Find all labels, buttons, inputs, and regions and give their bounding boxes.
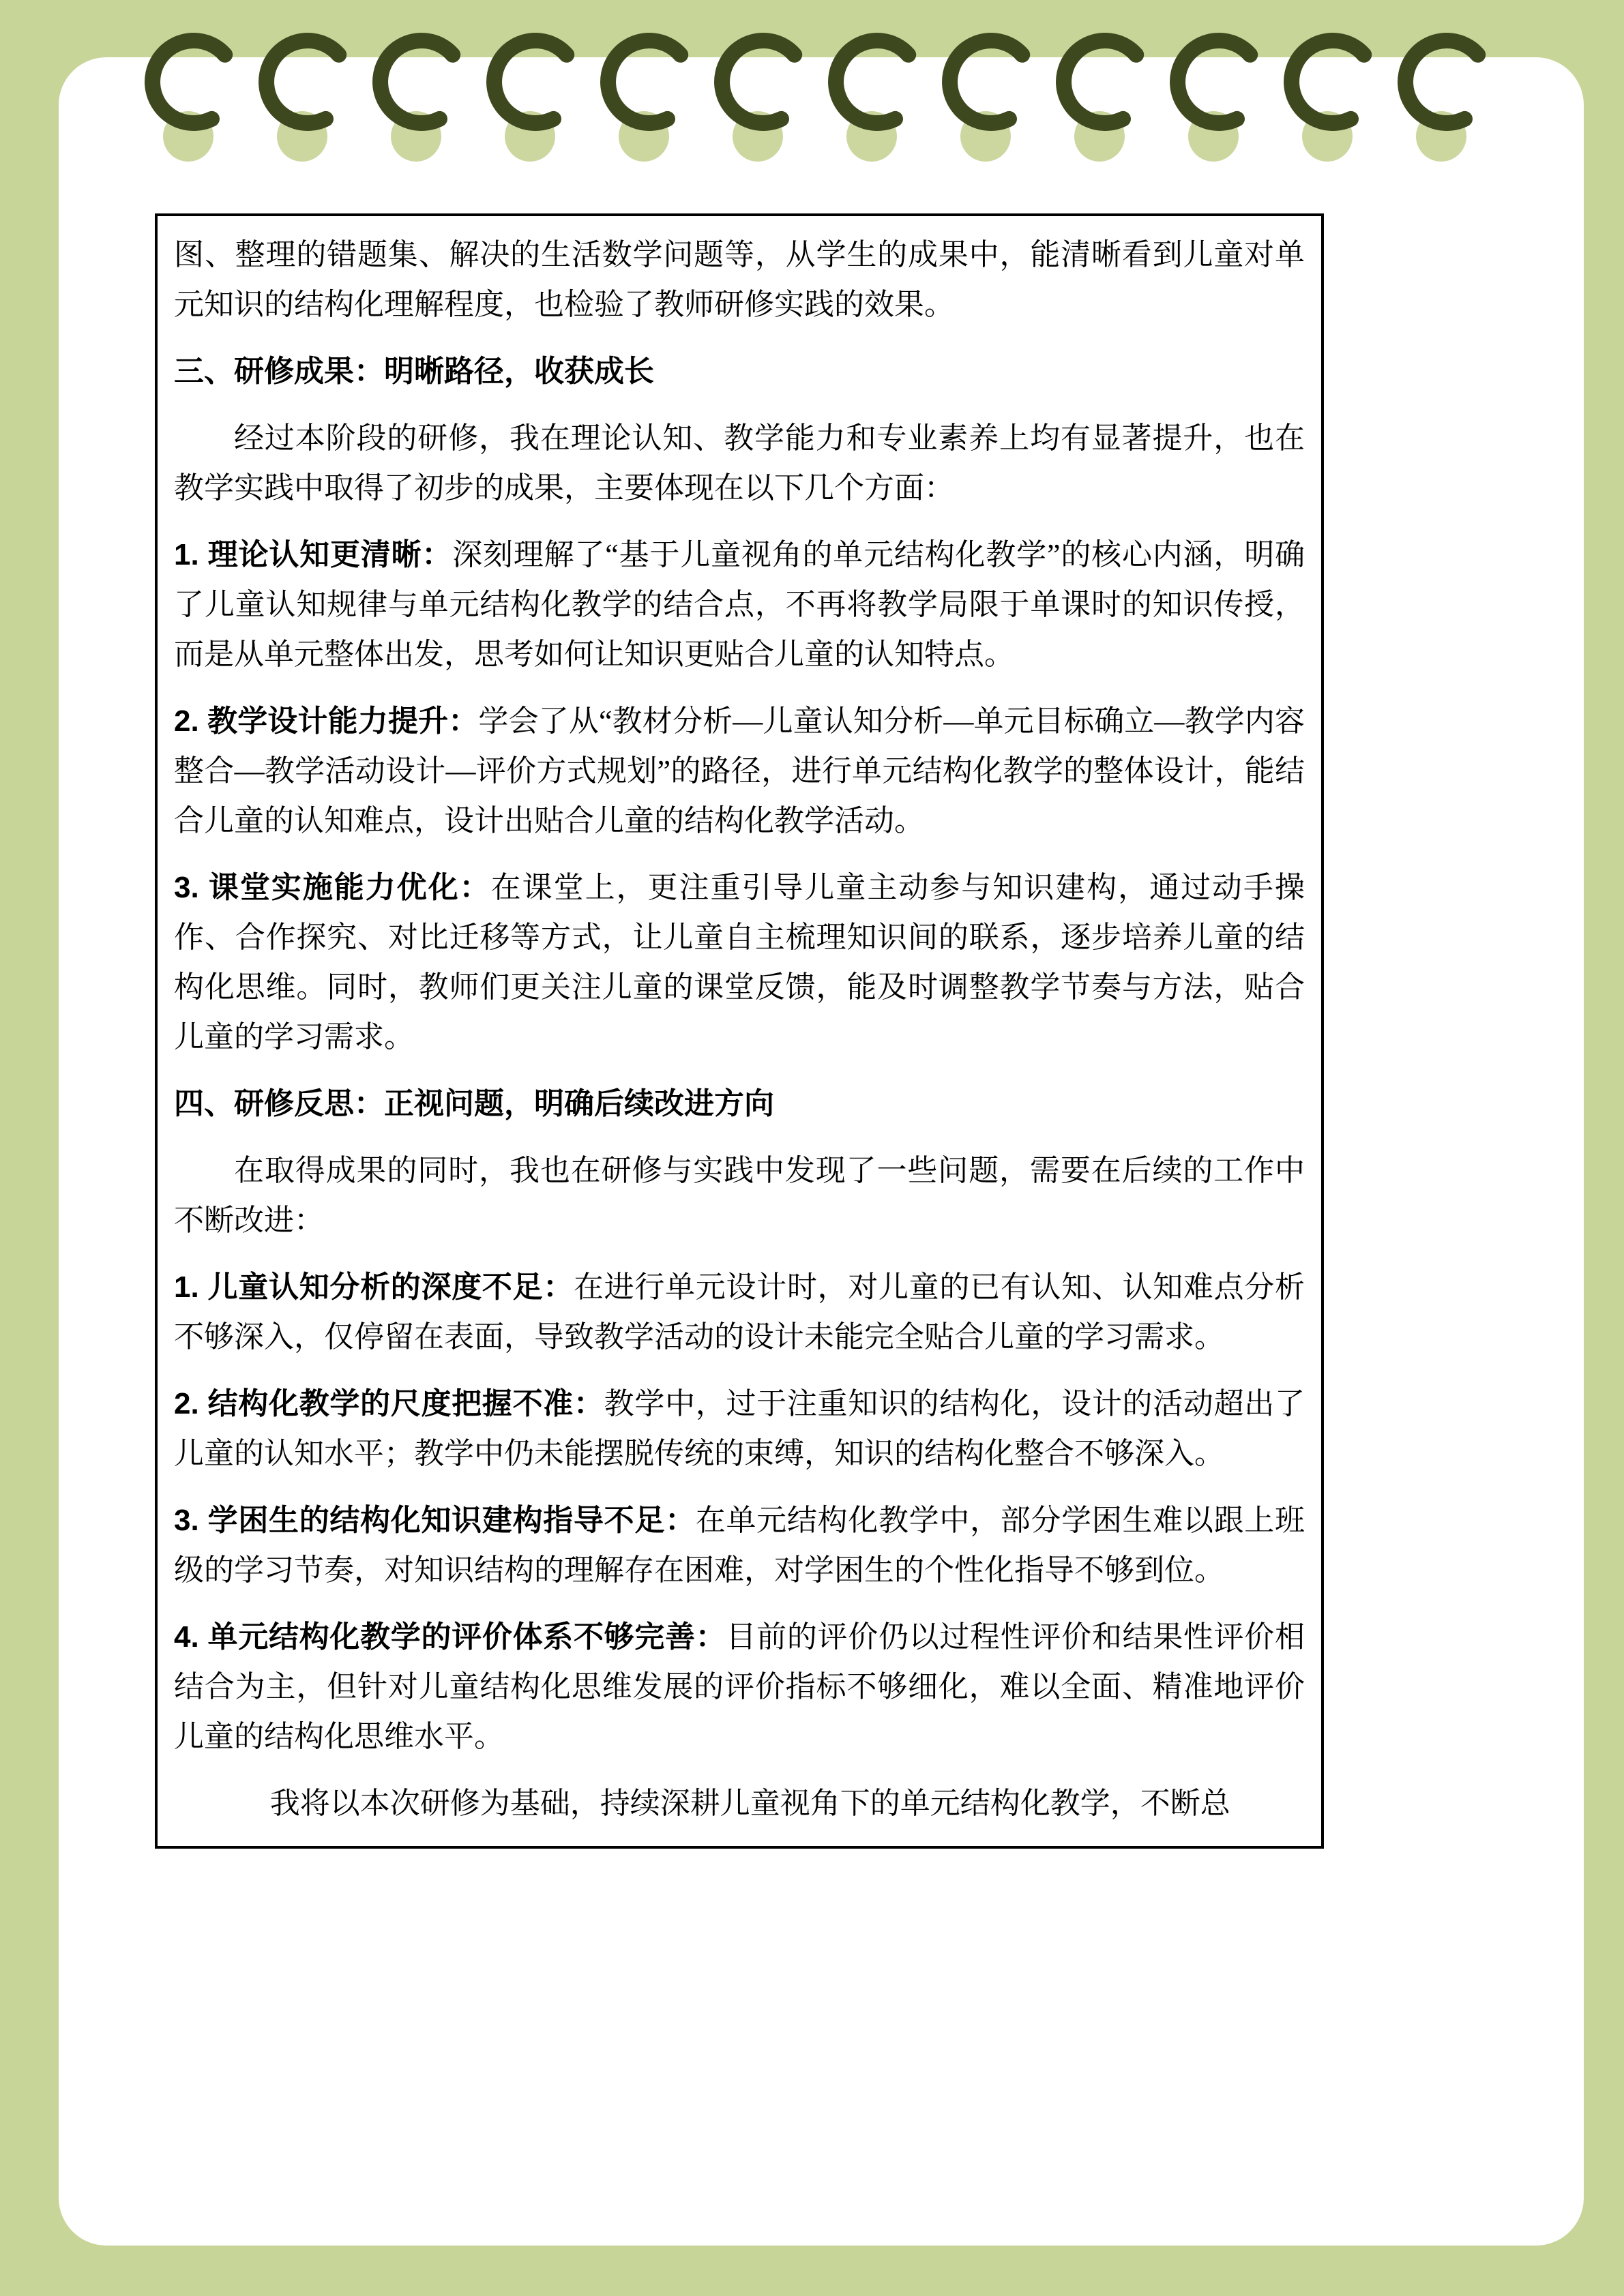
section-heading: 四、研修反思：正视问题，明确后续改进方向 [174, 1079, 1305, 1129]
numbered-item: 1. 理论认知更清晰：深刻理解了“基于儿童视角的单元结构化教学”的核心内涵，明确… [174, 530, 1305, 679]
section-heading: 三、研修成果：明晰路径，收获成长 [174, 346, 1305, 396]
paragraph-continuation: 图、整理的错题集、解决的生活数学问题等，从学生的成果中，能清晰看到儿童对单元知识… [174, 230, 1305, 329]
content-table: 图、整理的错题集、解决的生活数学问题等，从学生的成果中，能清晰看到儿童对单元知识… [155, 213, 1324, 1849]
numbered-item: 4. 单元结构化教学的评价体系不够完善：目前的评价仍以过程性评价和结果性评价相结… [174, 1612, 1305, 1761]
paragraph-closing: 我将以本次研修为基础，持续深耕儿童视角下的单元结构化教学，不断总 [174, 1778, 1305, 1828]
spiral-ring-icon [940, 0, 1042, 170]
spiral-ring-icon [256, 0, 359, 170]
numbered-item: 3. 学困生的结构化知识建构指导不足：在单元结构化教学中，部分学困生难以跟上班级… [174, 1495, 1305, 1595]
numbered-item: 2. 教学设计能力提升：学会了从“教材分析—儿童认知分析—单元目标确立—教学内容… [174, 696, 1305, 846]
item-lead: 3. 学困生的结构化知识建构指导不足： [174, 1504, 696, 1537]
numbered-item: 1. 儿童认知分析的深度不足：在进行单元设计时，对儿童的已有认知、认知难点分析不… [174, 1262, 1305, 1362]
paragraph: 在取得成果的同时，我也在研修与实践中发现了一些问题，需要在后续的工作中不断改进： [174, 1146, 1305, 1245]
numbered-item: 2. 结构化教学的尺度把握不准：教学中，过于注重知识的结构化，设计的活动超出了儿… [174, 1379, 1305, 1478]
item-lead: 4. 单元结构化教学的评价体系不够完善： [174, 1620, 726, 1654]
spiral-ring-icon [1168, 0, 1270, 170]
item-lead: 3. 课堂实施能力优化： [174, 871, 491, 904]
spiral-ring-icon [143, 0, 245, 170]
item-lead: 2. 结构化教学的尺度把握不准： [174, 1387, 604, 1420]
spiral-ring-icon [484, 0, 587, 170]
paragraph: 经过本阶段的研修，我在理论认知、教学能力和专业素养上均有显著提升，也在教学实践中… [174, 413, 1305, 513]
spiral-ring-icon [1282, 0, 1384, 170]
spiral-binding [0, 0, 1624, 218]
spiral-ring-icon [1054, 0, 1156, 170]
item-lead: 2. 教学设计能力提升： [174, 704, 478, 738]
item-lead: 1. 理论认知更清晰： [174, 538, 452, 571]
spiral-ring-icon [712, 0, 814, 170]
spiral-ring-icon [1396, 0, 1498, 170]
spiral-ring-icon [826, 0, 928, 170]
spiral-ring-icon [598, 0, 700, 170]
notebook-background: { "page": { "background_color": "#c7d598… [0, 0, 1624, 2296]
numbered-item: 3. 课堂实施能力优化：在课堂上，更注重引导儿童主动参与知识建构，通过动手操作、… [174, 863, 1305, 1062]
item-lead: 1. 儿童认知分析的深度不足： [174, 1270, 574, 1304]
spiral-ring-icon [370, 0, 473, 170]
